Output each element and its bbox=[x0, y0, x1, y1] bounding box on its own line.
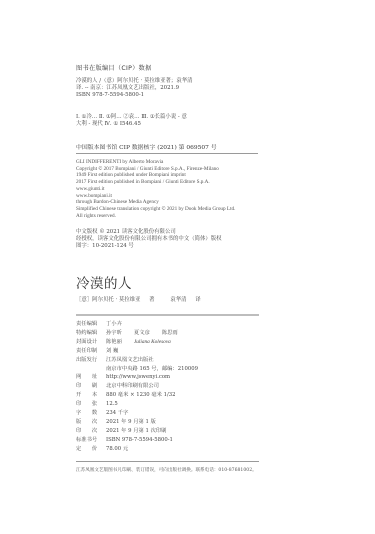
credit-row: 定 价 78.00 元 bbox=[76, 445, 210, 454]
copyright-block: GLI INDIFFERENTI by Alberto Moravia Copy… bbox=[76, 159, 235, 219]
author-name: ［意］阿尔贝托 · 莫拉维亚 bbox=[76, 297, 140, 303]
cip-catalog-number: 中国版本图书馆 CIP 数据核字 (2021) 第 069507 号 bbox=[76, 142, 217, 151]
credit-row: 开 本 880 毫米 × 1230 毫米 1/32 bbox=[76, 391, 210, 400]
credit-value: 孙宇昕夏文彦陈思雨 bbox=[106, 329, 190, 338]
credit-label: 封面设计 bbox=[76, 338, 106, 347]
cip-class-line: 大利 - 现代 Ⅳ. ① I546.45 bbox=[76, 121, 187, 128]
credit-label: 开 本 bbox=[76, 391, 106, 400]
credit-label: 出版发行 bbox=[76, 356, 106, 365]
credit-label: 责任印制 bbox=[76, 347, 106, 356]
footer-note: 江苏凤凰文艺版图书凡印刷、装订错误，可向出版社调换。联系电话：010-87681… bbox=[76, 467, 257, 473]
author-role: 著 bbox=[149, 297, 154, 303]
translator-role: 译 bbox=[195, 297, 200, 303]
copyright-line: 1949 First edition published under Bompi… bbox=[76, 172, 235, 179]
byline: ［意］阿尔贝托 · 莫拉维亚 著 袁华清 译 bbox=[76, 295, 208, 303]
credit-value: 78.00 元 bbox=[106, 445, 140, 454]
credit-value: 2021 年 9 月第 1 版 bbox=[106, 418, 168, 427]
copyright-line: through Bardon-Chinese Media Agency bbox=[76, 199, 235, 206]
translator-name: 袁华清 bbox=[170, 297, 186, 303]
credit-row: 字 数 234 千字 bbox=[76, 409, 210, 418]
credit-value: ISBN 978-7-5594-5800-1 bbox=[106, 436, 185, 445]
credit-value: 234 千字 bbox=[106, 409, 140, 418]
cip-line: ISBN 978-7-5594-5800-1 bbox=[76, 92, 192, 99]
credit-row: 版 次 2021 年 9 月第 1 版 bbox=[76, 418, 210, 427]
divider bbox=[76, 153, 258, 154]
cip-entry: 冷漠的人 /（意）阿尔贝托 · 莫拉维亚著；袁华清 译. -- 南京：江苏凤凰文… bbox=[76, 78, 192, 100]
credit-label: 印 张 bbox=[76, 400, 106, 409]
credit-value: 880 毫米 × 1230 毫米 1/32 bbox=[106, 391, 188, 400]
credit-value: 江苏凤凰文艺出版社 bbox=[106, 356, 166, 365]
credit-label: 标准书号 bbox=[76, 436, 106, 445]
credit-label: 字 数 bbox=[76, 409, 106, 418]
copyright-line: www.giunti.it bbox=[76, 186, 235, 193]
credit-label: 责任编辑 bbox=[76, 320, 106, 329]
credit-row: 责任印制 刘 巍 bbox=[76, 347, 210, 356]
credit-row: 特约编辑 孙宇昕夏文彦陈思雨 bbox=[76, 329, 210, 338]
chinese-rights-block: 中文版权 © 2021 读客文化股份有限公司 经授权，读客文化股份有限公司拥有本… bbox=[76, 229, 222, 251]
rights-line: 图字：10-2021-124 号 bbox=[76, 243, 222, 250]
credit-label: 定 价 bbox=[76, 445, 106, 454]
cip-line: 译. -- 南京：江苏凤凰文艺出版社，2021.9 bbox=[76, 85, 192, 92]
credit-row: 南京市中央路 165 号，邮编：210009 bbox=[76, 365, 210, 374]
credit-row: 印 次 2021 年 9 月第 1 次印刷 bbox=[76, 427, 210, 436]
credit-row: 印 刷 北京中科印刷有限公司 bbox=[76, 382, 210, 391]
credit-value: 丁小卉 bbox=[106, 320, 134, 329]
copyright-line: 2017 First edition published in Bompiani… bbox=[76, 179, 235, 186]
credit-value: 北京中科印刷有限公司 bbox=[106, 382, 171, 391]
credit-value: 刘 巍 bbox=[106, 347, 130, 356]
credit-label: 印 次 bbox=[76, 427, 106, 436]
credits-table: 责任编辑 丁小卉 特约编辑 孙宇昕夏文彦陈思雨 封面设计 陈艳丽Juliana … bbox=[76, 320, 210, 454]
divider-thick bbox=[76, 314, 259, 316]
credit-label: 印 刷 bbox=[76, 382, 106, 391]
credit-row: 网 址 http://www.jswenyi.com bbox=[76, 373, 210, 382]
credit-row: 封面设计 陈艳丽Juliana Kolesova bbox=[76, 338, 210, 347]
cip-classification: Ⅰ. ①冷… Ⅱ. ①阿… ②袁… Ⅲ. ①长篇小说 - 意 大利 - 现代 Ⅳ… bbox=[76, 114, 187, 128]
website-link[interactable]: http://www.jswenyi.com bbox=[106, 373, 182, 382]
credit-row: 出版发行 江苏凤凰文艺出版社 bbox=[76, 356, 210, 365]
credit-row: 标准书号 ISBN 978-7-5594-5800-1 bbox=[76, 436, 210, 445]
credit-label: 特约编辑 bbox=[76, 329, 106, 338]
book-title: 冷漠的人 bbox=[76, 272, 132, 292]
credit-value: 12.5 bbox=[106, 400, 130, 409]
credit-row: 印 张 12.5 bbox=[76, 400, 210, 409]
copyright-line: Copyright © 2017 Bompiani / Giunti Edito… bbox=[76, 166, 235, 173]
credit-value: 陈艳丽Juliana Kolesova bbox=[106, 338, 183, 347]
credit-value: 2021 年 9 月第 1 次印刷 bbox=[106, 427, 178, 436]
credit-value: 南京市中央路 165 号，邮编：210009 bbox=[106, 365, 210, 374]
credit-label: 版 次 bbox=[76, 418, 106, 427]
copyright-line: www.bompiani.it bbox=[76, 193, 235, 200]
copyright-line: Simplified Chinese translation copyright… bbox=[76, 206, 235, 213]
cip-header: 图书在版编目（CIP）数据 bbox=[76, 63, 152, 72]
credit-label: 网 址 bbox=[76, 373, 106, 382]
credit-row: 责任编辑 丁小卉 bbox=[76, 320, 210, 329]
credit-label bbox=[76, 365, 106, 374]
copyright-line: All rights reserved. bbox=[76, 213, 235, 220]
divider bbox=[76, 461, 259, 462]
copyright-line: GLI INDIFFERENTI by Alberto Moravia bbox=[76, 159, 235, 166]
